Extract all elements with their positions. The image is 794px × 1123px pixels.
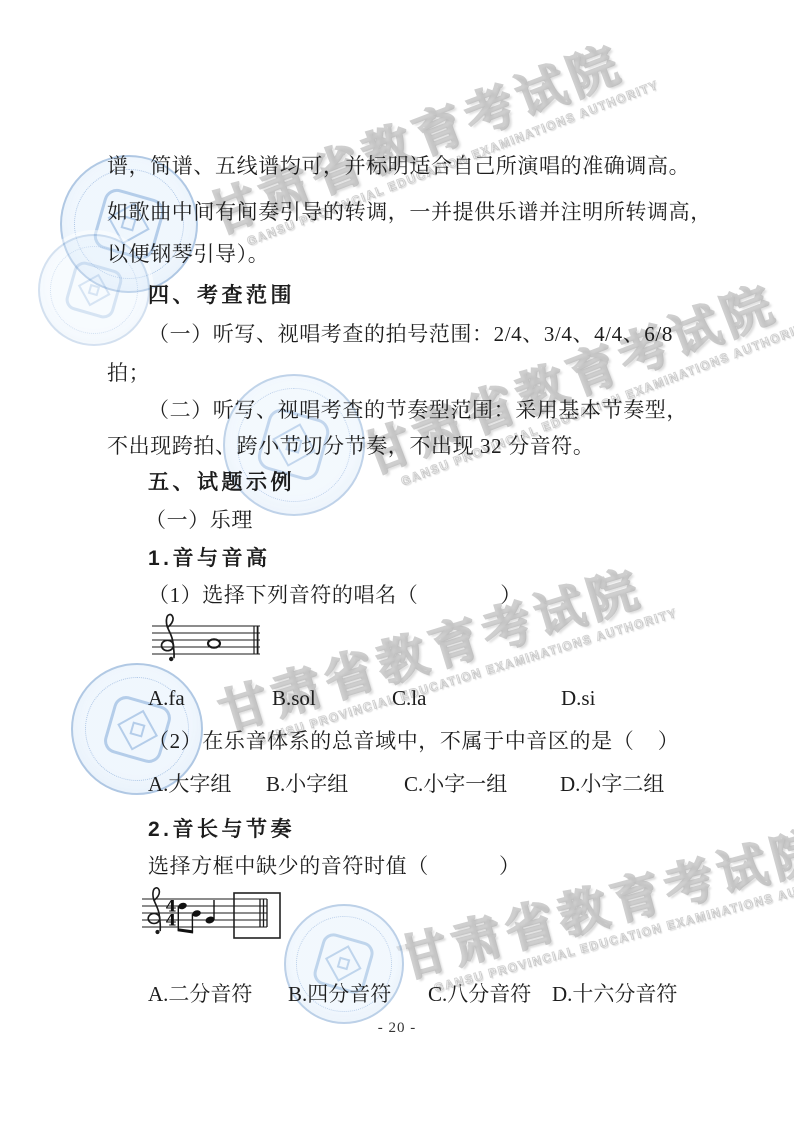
- clef-dot: [169, 657, 173, 661]
- choice-option-b: B.四分音符: [288, 978, 391, 1008]
- choice-option-d: D.小字二组: [560, 768, 664, 798]
- section-heading-5: 五、试题示例: [148, 466, 295, 496]
- treble-clef-icon: [148, 888, 160, 931]
- section-heading-4: 四、考查范围: [148, 279, 295, 309]
- choice-option-d: D.十六分音符: [552, 978, 677, 1008]
- subsection-label: （一）乐理: [145, 504, 253, 534]
- choices-row-q3: A.二分音符 B.四分音符 C.八分音符 D.十六分音符: [0, 978, 794, 1004]
- document-page: 甘肃省教育考试院 GANSU PROVINCIAL EDUCATION EXAM…: [0, 0, 794, 1123]
- paragraph-line: （二）听写、视唱考查的节奏型范围：采用基本节奏型，: [148, 394, 688, 424]
- choice-option-c: C.la: [392, 686, 426, 711]
- question-group-heading: 2.音长与节奏: [148, 813, 295, 843]
- time-sig-bottom: 4: [165, 911, 176, 930]
- question-stem: （1）选择下列音符的唱名（ ）: [148, 579, 522, 609]
- choice-option-a: A.二分音符: [148, 978, 252, 1008]
- document-content: 谱，简谱、五线谱均可，并标明适合自己所演唱的准确调高。 如歌曲中间有间奏引导的转…: [0, 0, 794, 1123]
- missing-note-box: [234, 893, 280, 938]
- question-stem: 选择方框中缺少的音符时值（ ）: [148, 850, 521, 880]
- choice-option-b: B.sol: [272, 686, 316, 711]
- time-signature: 4 4: [165, 897, 176, 930]
- paragraph-line: 拍；: [107, 357, 150, 387]
- choice-option-a: A.fa: [148, 686, 185, 711]
- music-staff-1: [146, 608, 271, 672]
- choice-option-a: A.大字组: [148, 768, 231, 798]
- whole-note: [208, 639, 220, 647]
- paragraph-line: 谱，简谱、五线谱均可，并标明适合自己所演唱的准确调高。: [107, 150, 690, 180]
- paragraph-line: 不出现跨拍、跨小节切分节奏，不出现 32 分音符。: [107, 430, 595, 460]
- question-stem: （2）在乐音体系的总音域中，不属于中音区的是（ ）: [148, 725, 679, 755]
- question-group-heading: 1.音与音高: [148, 542, 271, 572]
- choice-option-c: C.小字一组: [404, 768, 507, 798]
- choices-row-q2: A.大字组 B.小字组 C.小字一组 D.小字二组: [0, 768, 794, 794]
- clef-dot: [155, 930, 159, 934]
- music-staff-2: 4 4: [134, 884, 284, 946]
- choice-option-c: C.八分音符: [428, 978, 531, 1008]
- page-number: - 20 -: [0, 1020, 794, 1037]
- choice-option-b: B.小字组: [266, 768, 348, 798]
- choices-row-q1: A.fa B.sol C.la D.si: [0, 686, 794, 712]
- treble-clef-icon: [162, 615, 175, 658]
- paragraph-line: 如歌曲中间有间奏引导的转调，一并提供乐谱并注明所转调高，: [107, 196, 712, 226]
- paragraph-line: 以便钢琴引导）。: [107, 238, 269, 268]
- paragraph-line: （一）听写、视唱考查的拍号范围：2/4、3/4、4/4、6/8: [148, 318, 673, 348]
- choice-option-d: D.si: [561, 686, 595, 711]
